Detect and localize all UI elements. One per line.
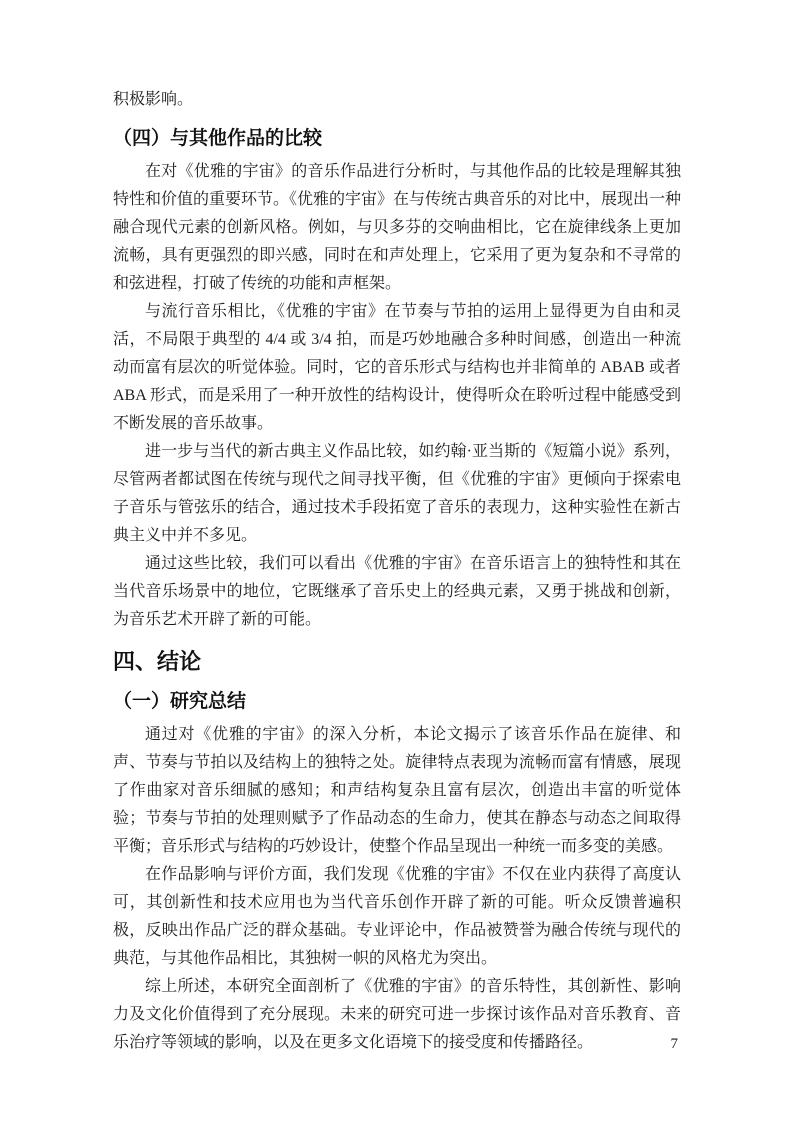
paragraph: 在作品影响与评价方面，我们发现《优雅的宇宙》不仅在业内获得了高度认可，其创新性和… <box>113 861 681 973</box>
paragraph: 综上所述，本研究全面剖析了《优雅的宇宙》的音乐特性，其创新性、影响力及文化价值得… <box>113 973 681 1057</box>
page-number: 7 <box>671 1036 679 1053</box>
paragraph: 通过对《优雅的宇宙》的深入分析，本论文揭示了该音乐作品在旋律、和声、节奏与节拍以… <box>113 721 681 861</box>
subsection-heading-comparison: （四）与其他作品的比较 <box>113 125 681 153</box>
paragraph-continuation: 积极影响。 <box>113 86 681 114</box>
document-page: 积极影响。 （四）与其他作品的比较 在对《优雅的宇宙》的音乐作品进行分析时，与其… <box>0 0 793 1122</box>
paragraph: 进一步与当代的新古典主义作品比较，如约翰·亚当斯的《短篇小说》系列，尽管两者都试… <box>113 438 681 550</box>
paragraph: 在对《优雅的宇宙》的音乐作品进行分析时，与其他作品的比较是理解其独特性和价值的重… <box>113 158 681 298</box>
section-heading-conclusion: 四、结论 <box>113 647 681 677</box>
paragraph: 与流行音乐相比，《优雅的宇宙》在节奏与节拍的运用上显得更为自由和灵活，不局限于典… <box>113 298 681 438</box>
paragraph: 通过这些比较，我们可以看出《优雅的宇宙》在音乐语言上的独特性和其在当代音乐场景中… <box>113 550 681 634</box>
subsection-heading-research-summary: （一）研究总结 <box>113 688 681 716</box>
